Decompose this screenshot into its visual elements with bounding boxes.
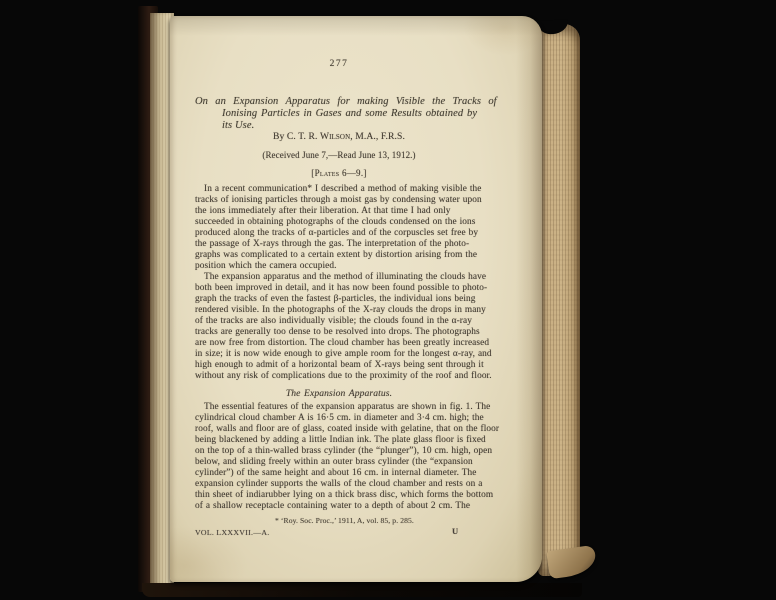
page-footer: VOL. LXXXVII.—A. U [195, 528, 483, 538]
text-line: of a shallow receptacle containing water… [195, 501, 483, 512]
author-name: Wilson, [320, 131, 353, 142]
text-line: tracks of ionising particles through a m… [195, 195, 483, 206]
page-text-column: 277 On an Expansion Apparatus for making… [195, 58, 483, 538]
volume-signature: VOL. LXXXVII.—A. [195, 528, 270, 537]
title-line-1: On an Expansion Apparatus for making Vis… [195, 96, 479, 108]
photo-backdrop: 277 On an Expansion Apparatus for making… [0, 0, 776, 600]
text-line: In a recent communication* I described a… [204, 184, 483, 195]
text-line: expansion cylinder supports the walls of… [195, 479, 483, 490]
article-body: In a recent communication* I described a… [195, 184, 483, 512]
text-line: The expansion apparatus and the method o… [204, 272, 483, 283]
title-line-3: its Use. [222, 120, 479, 132]
text-line: high enough to admit of a horizontal bea… [195, 360, 483, 371]
text-line: of the tracks are also individually visi… [195, 316, 483, 327]
text-line: roof, walls and floor are of glass, coat… [195, 424, 483, 435]
text-line: The essential features of the expansion … [204, 402, 483, 413]
text-line: without any risk of complications due to… [195, 371, 483, 382]
text-line: graphs was complicated to a certain exte… [195, 250, 483, 261]
title-line-2: Ionising Particles in Gases and some Res… [222, 108, 452, 120]
gathering-signature-mark: U [452, 526, 458, 536]
text-line: position which the camera occupied. [195, 261, 483, 272]
section-heading: The Expansion Apparatus. [195, 388, 483, 400]
received-line: (Received June 7,—Read June 13, 1912.) [195, 150, 483, 161]
text-line: succeeded in obtaining photographs of th… [195, 217, 483, 228]
paragraph: In a recent communication* I described a… [195, 184, 483, 272]
text-line: thin sheet of indiarubber lying on a thi… [195, 490, 483, 501]
text-line: rendered visible. In the photographs of … [195, 305, 483, 316]
text-line: in size; it is now wide enough to give a… [195, 349, 483, 360]
book-page: 277 On an Expansion Apparatus for making… [170, 16, 542, 582]
text-line: graph the tracks of even the fastest β-p… [195, 294, 483, 305]
text-line: below, and sliding freely within an oute… [195, 457, 483, 468]
article-title: On an Expansion Apparatus for making Vis… [195, 96, 479, 131]
text-line: cylindrical cloud chamber A is 16·5 cm. … [195, 413, 483, 424]
text-line: tracks are generally too dense to be res… [195, 327, 483, 338]
text-line: the passage of X-rays through the gas. T… [195, 239, 483, 250]
plates-line: [Plates 6—9.] [195, 168, 483, 179]
footnote: * ‘Roy. Soc. Proc.,’ 1911, A, vol. 85, p… [275, 516, 483, 526]
text-line: on the top of a thin-walled brass cylind… [195, 446, 483, 457]
text-line: are now free from distortion. The cloud … [195, 338, 483, 349]
text-line: being blackened by adding a little India… [195, 435, 483, 446]
page-number: 277 [195, 58, 483, 70]
paragraph: The essential features of the expansion … [195, 402, 483, 512]
fore-edge-page-stack [538, 24, 580, 576]
text-line: produced along the tracks of α-particles… [195, 228, 483, 239]
text-line: both been improved in detail, and it has… [195, 283, 483, 294]
byline: By C. T. R. Wilson, M.A., F.R.S. [195, 131, 483, 143]
paragraph: The expansion apparatus and the method o… [195, 272, 483, 382]
book-cover-bottom [142, 583, 582, 597]
text-line: cylinder”) of the same height and about … [195, 468, 483, 479]
text-line: the ions immediately after their liberat… [195, 206, 483, 217]
fore-edge-corner-curl [546, 545, 597, 579]
